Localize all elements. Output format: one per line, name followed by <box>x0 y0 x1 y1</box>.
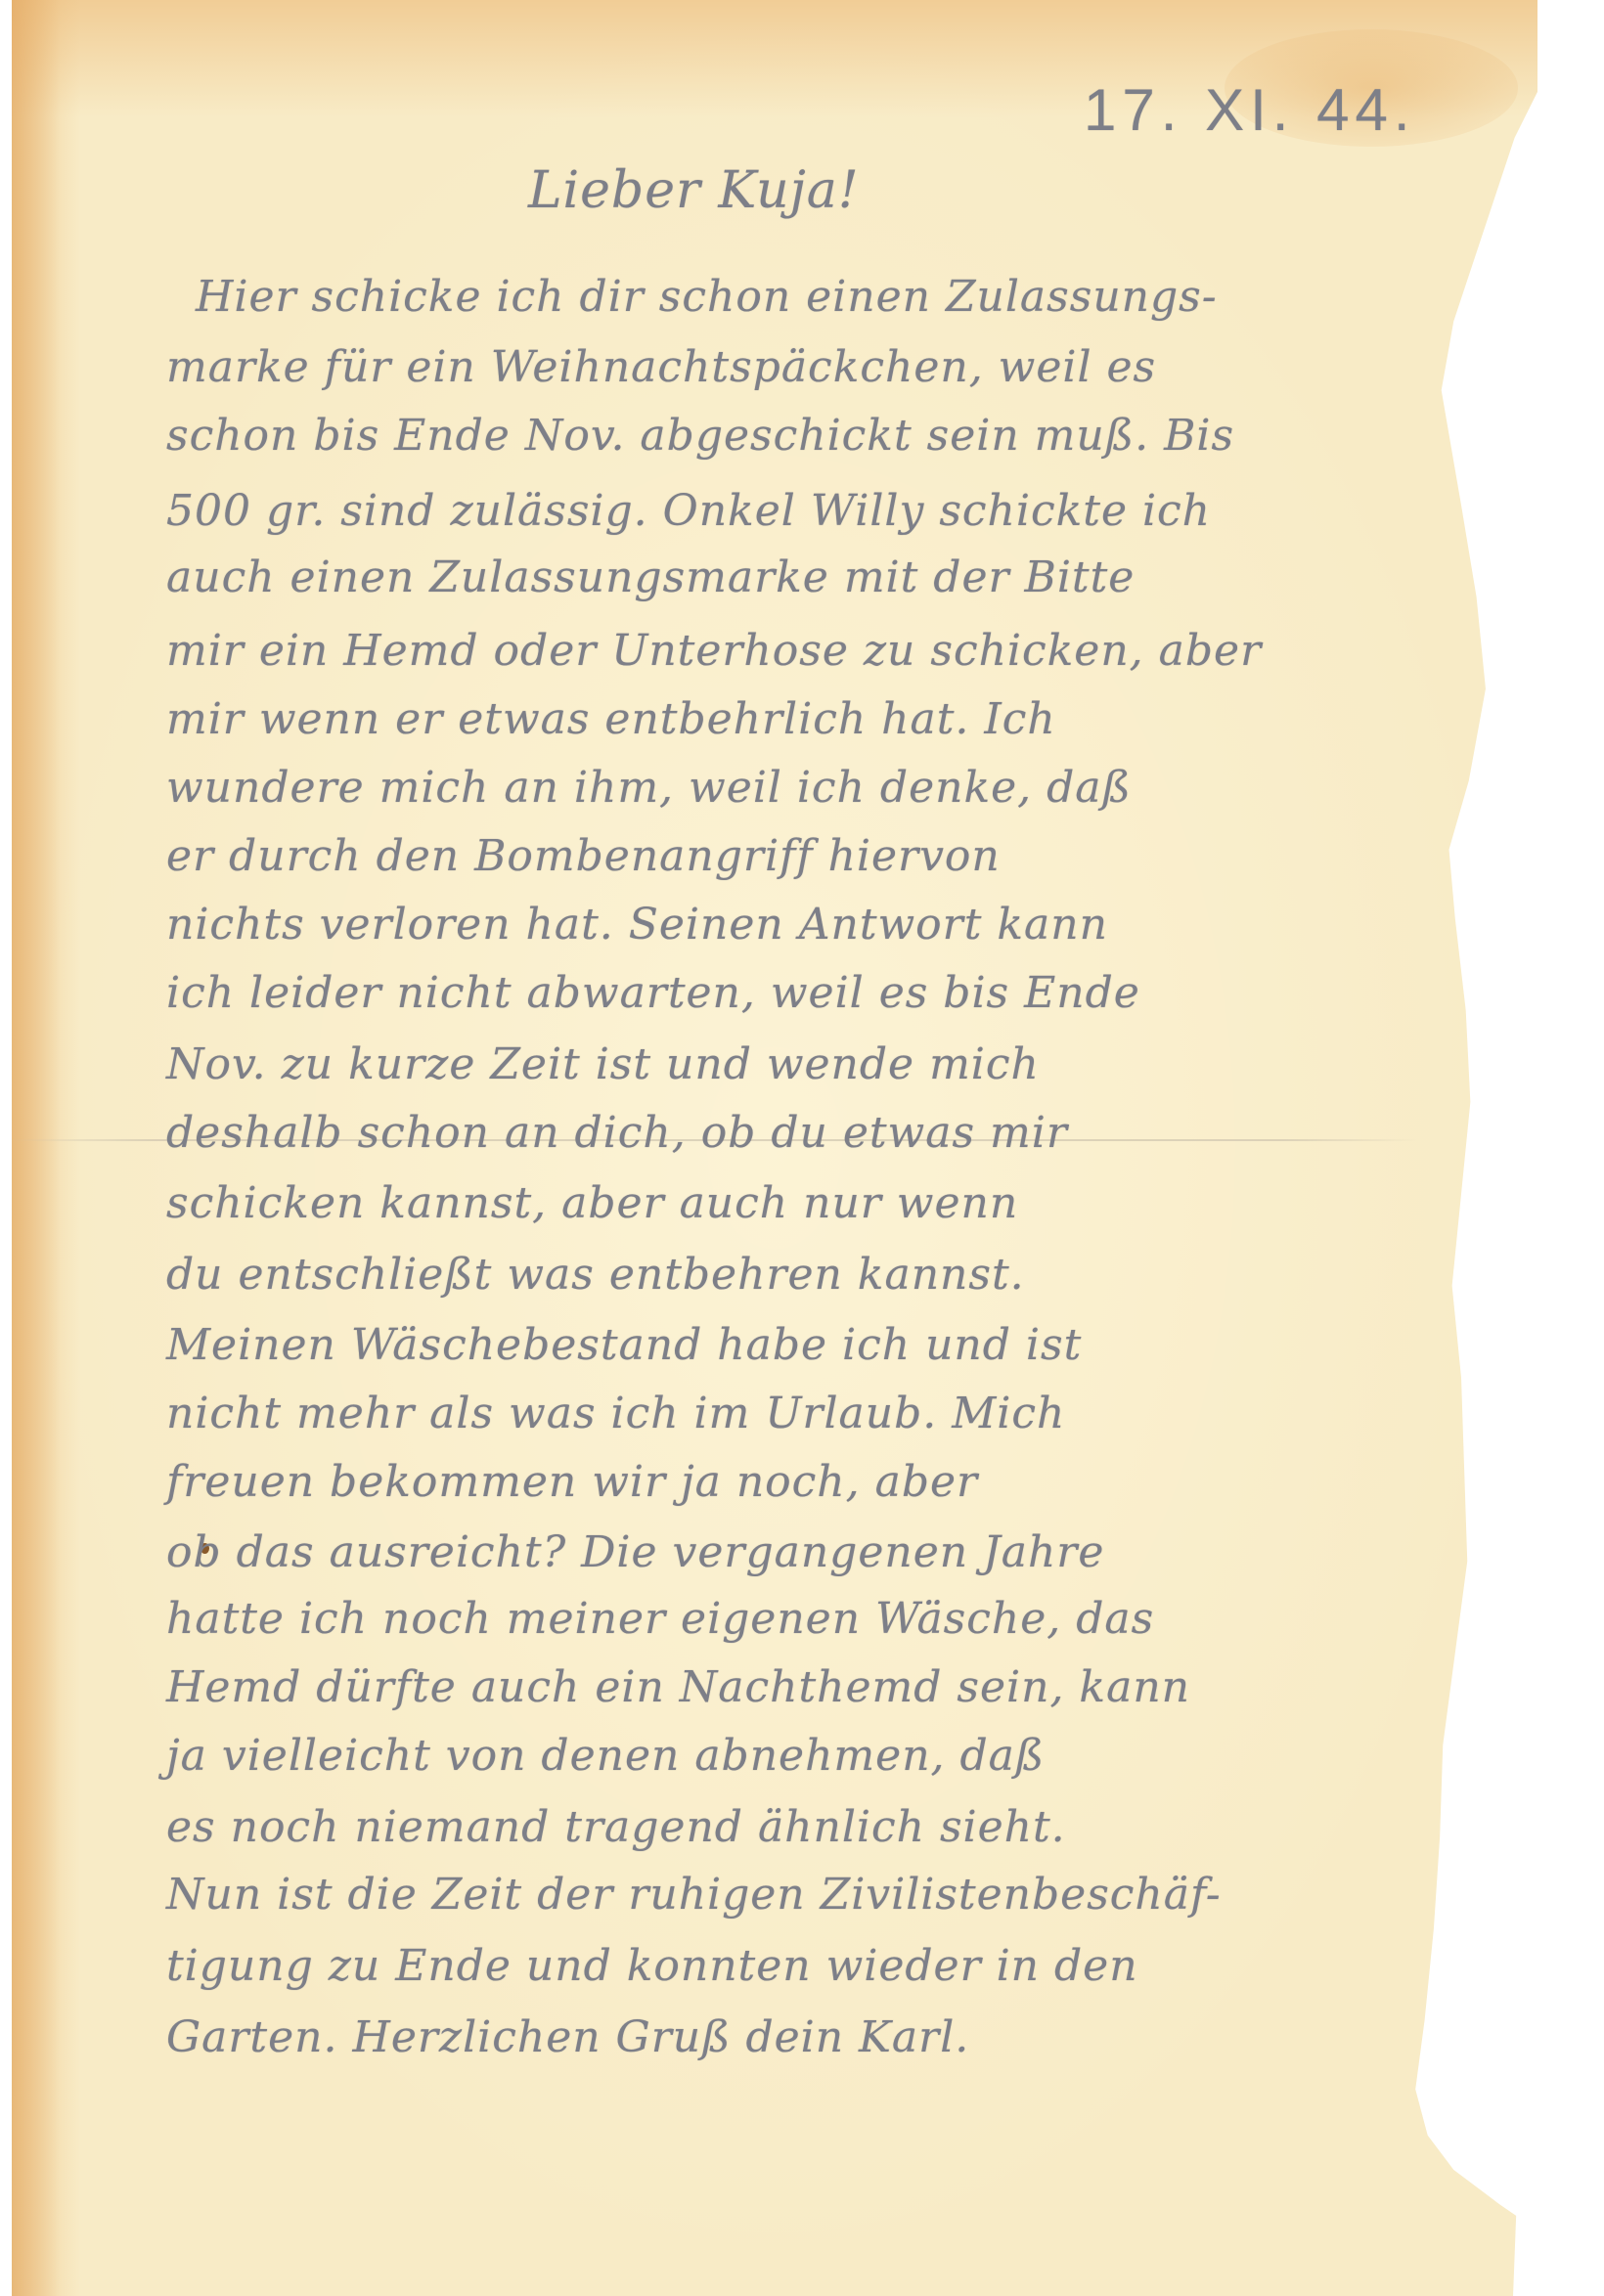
body-line: er durch den Bombenangriff hiervon <box>166 831 1001 881</box>
body-line: mir ein Hemd oder Unterhose zu schicken,… <box>166 626 1262 676</box>
body-line: schicken kannst, aber auch nur wenn <box>166 1178 1018 1228</box>
body-line: auch einen Zulassungsmarke mit der Bitte <box>166 552 1135 602</box>
body-line: nichts verloren hat. Seinen Antwort kann <box>166 900 1108 949</box>
body-line: deshalb schon an dich, ob du etwas mir <box>166 1108 1068 1158</box>
body-line: ich leider nicht abwarten, weil es bis E… <box>166 968 1140 1018</box>
body-line: es noch niemand tragend ähnlich sieht. <box>166 1802 1066 1852</box>
body-line: Nun ist die Zeit der ruhigen Zivilistenb… <box>166 1870 1222 1920</box>
body-line: Hemd dürfte auch ein Nachthemd sein, kan… <box>166 1662 1190 1712</box>
body-line: du entschließt was entbehren kannst. <box>166 1250 1025 1300</box>
letter-greeting: Lieber Kuja! <box>528 161 860 220</box>
body-line: hatte ich noch meiner eigenen Wäsche, da… <box>166 1594 1154 1644</box>
body-line: Hier schicke ich dir schon einen Zulassu… <box>196 272 1218 322</box>
body-line: schon bis Ende Nov. abgeschickt sein muß… <box>166 411 1234 461</box>
body-line: ja vielleicht von denen abnehmen, daß <box>166 1731 1045 1781</box>
body-line: freuen bekommen wir ja noch, aber <box>166 1457 978 1507</box>
body-line: tigung zu Ende und konnten wieder in den <box>166 1941 1138 1991</box>
body-line: Nov. zu kurze Zeit ist und wende mich <box>166 1039 1040 1089</box>
body-line: mir wenn er etwas entbehrlich hat. Ich <box>166 694 1056 744</box>
body-line: Garten. Herzlichen Gruß dein Karl. <box>166 2012 969 2062</box>
letter-date: 17. XI. 44. <box>1084 76 1416 144</box>
body-line: 500 gr. sind zulässig. Onkel Willy schic… <box>166 486 1211 536</box>
body-line: marke für ein Weihnachtspäckchen, weil e… <box>166 342 1156 392</box>
body-line: nicht mehr als was ich im Urlaub. Mich <box>166 1389 1065 1438</box>
body-line: ob das ausreicht? Die vergangenen Jahre <box>166 1527 1104 1577</box>
body-line: wundere mich an ihm, weil ich denke, daß <box>166 763 1132 813</box>
body-line: Meinen Wäschebestand habe ich und ist <box>166 1320 1082 1370</box>
